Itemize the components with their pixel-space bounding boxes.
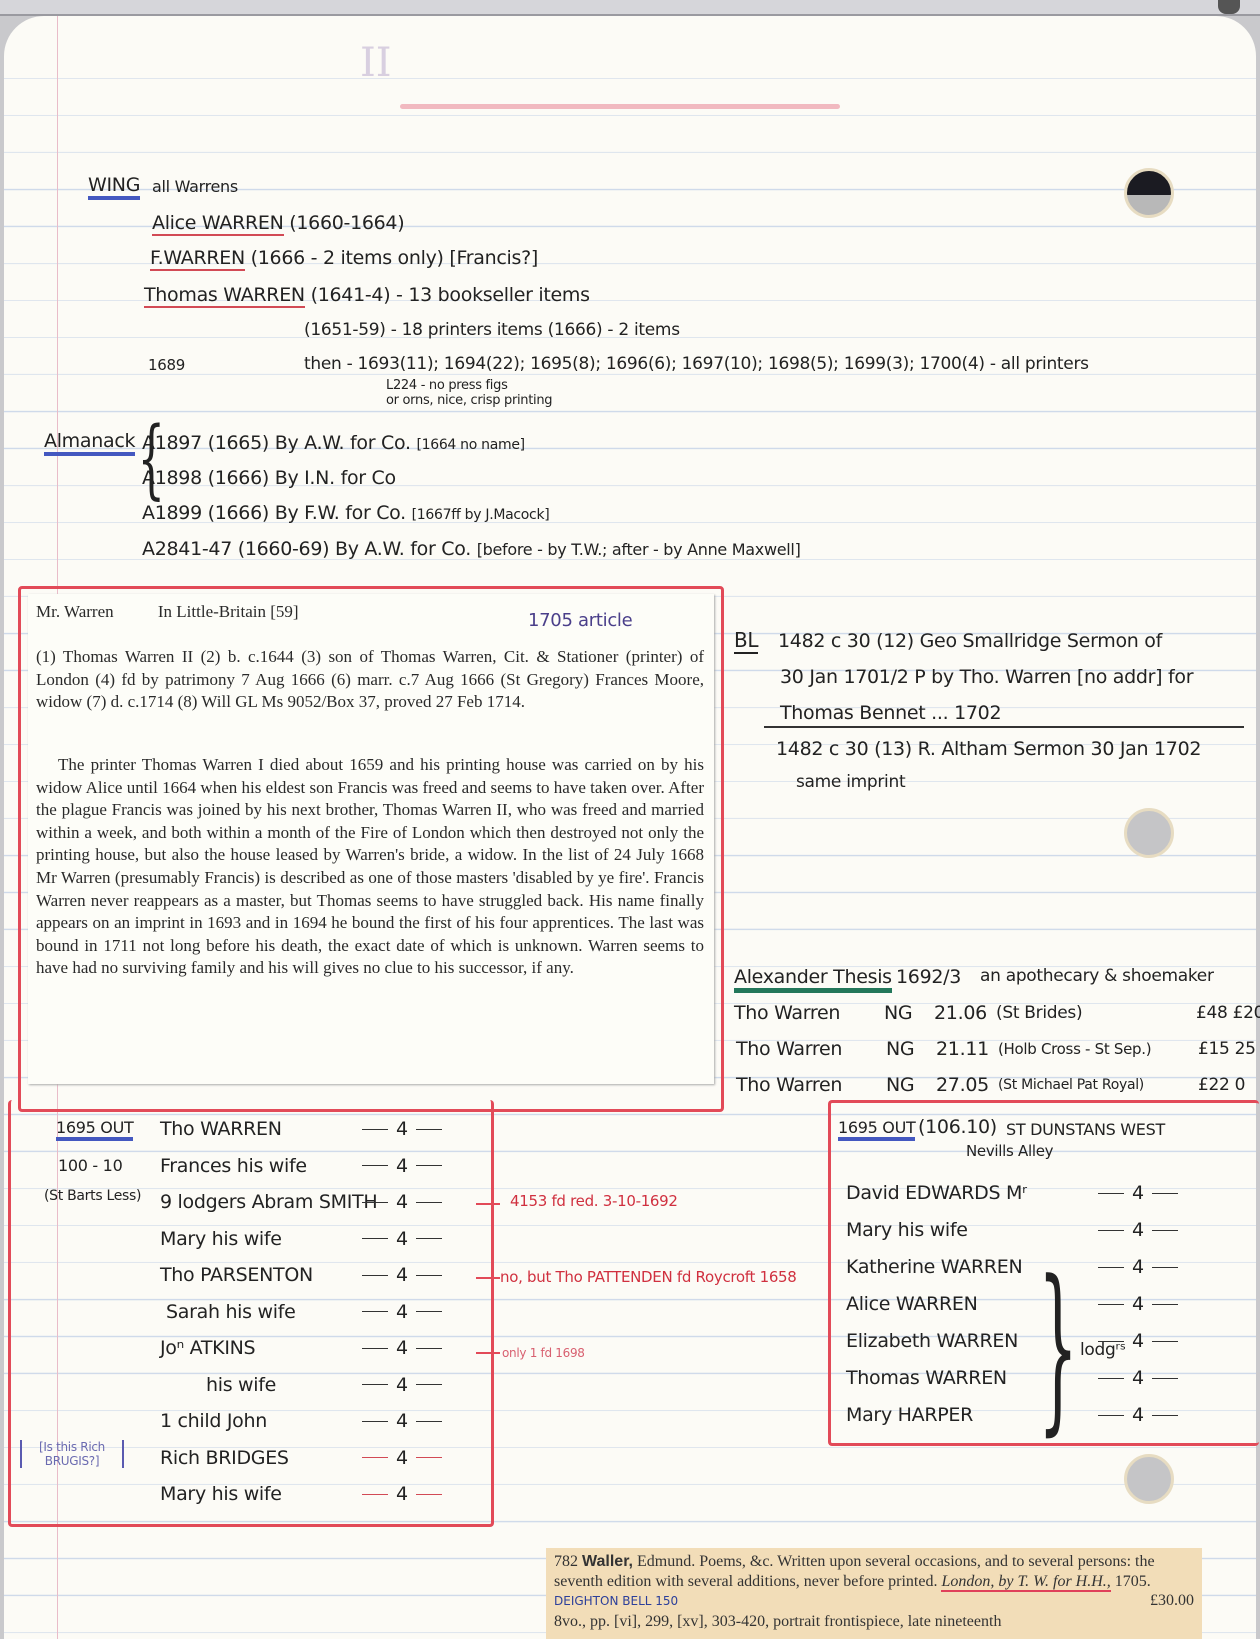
row-name: Alice WARREN (846, 1293, 978, 1315)
row-name: his wife (206, 1374, 276, 1396)
bl-line: 1482 c 30 (13) R. Altham Sermon 30 Jan 1… (776, 738, 1201, 760)
row-name: Mary his wife (846, 1219, 968, 1241)
row-value: 4 (354, 1155, 450, 1177)
row-name: Frances his wife (160, 1155, 307, 1177)
margin-scribble: 1689 (148, 356, 185, 374)
list-row: Tho WARREN (160, 1118, 282, 1140)
row-value: 4 (354, 1118, 450, 1140)
count: 4 (396, 1264, 408, 1286)
wing-entry: Thomas WARREN (1641-4) - 13 bookseller i… (144, 284, 590, 306)
count: 4 (396, 1118, 408, 1140)
count: 4 (1132, 1256, 1144, 1278)
note-tick (476, 1277, 500, 1279)
row-name: David EDWARDS Mʳ (846, 1182, 1027, 1204)
row-name: Katherine WARREN (846, 1256, 1022, 1278)
count: 4 (396, 1228, 408, 1250)
row-value: 4 (1090, 1293, 1186, 1315)
list-row: 1 child John (160, 1410, 267, 1432)
list-row: Thomas WARREN (846, 1367, 1007, 1389)
row-name: Thomas WARREN (846, 1367, 1007, 1389)
row-value: 4 (354, 1410, 450, 1432)
auction-catalogue-clipping: 782 Waller, Edmund. Poems, &c. Written u… (546, 1548, 1202, 1639)
bl-line: 30 Jan 1701/2 P by Tho. Warren [no addr]… (780, 666, 1193, 688)
count: 4 (1132, 1330, 1144, 1352)
thesis-note: an apothecary & shoemaker (980, 966, 1214, 986)
row-name: Rich BRIDGES (160, 1447, 289, 1469)
bl-line: same imprint (796, 772, 905, 792)
row-value: 4 (354, 1301, 450, 1323)
right-list-amount: (106.10) (918, 1116, 997, 1138)
list-row: his wife (206, 1374, 276, 1396)
count: 4 (396, 1301, 408, 1323)
row-value: 4 (354, 1447, 450, 1469)
row-value: 4 (354, 1337, 450, 1359)
row-value: 4 (1090, 1256, 1186, 1278)
count: 4 (396, 1447, 408, 1469)
list-row: Mary his wife (160, 1483, 282, 1505)
row-value: 4 (1090, 1367, 1186, 1389)
list-row: Mary HARPER (846, 1404, 973, 1426)
right-list-street: Nevills Alley (966, 1142, 1053, 1160)
clipping-paragraph: The printer Thomas Warren I died about 1… (36, 754, 704, 980)
left-list-heading: 1695 OUT (56, 1118, 133, 1141)
thesis-title: Alexander Thesis (734, 966, 892, 993)
row-value: 4 (1090, 1182, 1186, 1204)
note-tick (476, 1203, 500, 1205)
red-note: only 1 fd 1698 (502, 1346, 585, 1360)
count: 4 (396, 1483, 408, 1505)
count: 4 (396, 1374, 408, 1396)
list-row: 9 lodgers Abram SMITH (160, 1191, 377, 1213)
almanack-entry: A1897 (1665) By A.W. for Co. [1664 no na… (142, 432, 525, 454)
thesis-row: Tho Warren NG 21.06 (St Brides) £48 £200 (734, 1002, 1260, 1024)
thesis-row: Tho Warren NG 21.11 (Holb Cross - St Sep… (736, 1038, 1256, 1060)
row-name: Mary his wife (160, 1483, 282, 1505)
list-row: Tho PARSENTON (160, 1264, 313, 1286)
wing-subtitle: all Warrens (152, 177, 238, 196)
list-row: Mary his wife (846, 1219, 968, 1241)
red-note: no, but Tho PATTENDEN fd Roycroft 1658 (500, 1268, 797, 1286)
thesis-year: 1692/3 (896, 966, 961, 988)
count: 4 (396, 1337, 408, 1359)
wing-label: WING (88, 174, 140, 200)
then-line: then - 1693(11); 1694(22); 1695(8); 1696… (304, 354, 1089, 374)
row-name: Mary HARPER (846, 1404, 973, 1426)
count: 4 (396, 1155, 408, 1177)
row-value: 4 (354, 1483, 450, 1505)
brace-icon: } (1038, 1258, 1078, 1438)
list-row: David EDWARDS Mʳ (846, 1182, 1027, 1204)
list-row: Rich BRIDGES (160, 1447, 289, 1469)
list-row: Mary his wife (160, 1228, 282, 1250)
binder-top-edge (0, 0, 1260, 16)
divider (764, 726, 1244, 728)
printers-line: (1651-59) - 18 printers items (1666) - 2… (304, 320, 680, 340)
row-value: 4 (354, 1374, 450, 1396)
thesis-row: Tho Warren NG 27.05 (St Michael Pat Roya… (736, 1074, 1245, 1096)
right-list-parish: ST DUNSTANS WEST (1006, 1120, 1165, 1139)
binder-clip (1218, 0, 1240, 14)
brace-icon: { (138, 416, 165, 502)
ghost-underline (400, 104, 840, 109)
punch-hole-icon (1124, 808, 1174, 858)
row-name: 1 child John (160, 1410, 267, 1432)
clipping-annotation: 1705 article (528, 610, 632, 631)
almanack-label: Almanack (44, 430, 135, 456)
row-name: Joⁿ ATKINS (160, 1337, 255, 1359)
row-value: 4 (354, 1191, 450, 1213)
printed-clipping: Mr. Warren In Little-Britain [59] (1) Th… (28, 594, 714, 1084)
wing-entry: Alice WARREN (1660-1664) (152, 212, 404, 234)
row-name: Mary his wife (160, 1228, 282, 1250)
row-value: 4 (1090, 1219, 1186, 1241)
punch-hole-icon (1124, 168, 1174, 218)
bl-line: 1482 c 30 (12) Geo Smallridge Sermon of (778, 630, 1162, 652)
wing-note: or orns, nice, crisp printing (386, 393, 552, 408)
wing-entry: F.WARREN (1666 - 2 items only) [Francis?… (150, 247, 538, 269)
row-value: 4 (1090, 1404, 1186, 1426)
bl-label: BL (734, 628, 758, 654)
ghost-heading: II (360, 40, 392, 86)
wing-note: L224 - no press figs (386, 378, 508, 393)
left-list-sub: (St Barts Less) (44, 1188, 141, 1204)
note-tick (476, 1352, 500, 1354)
row-name: 9 lodgers Abram SMITH (160, 1191, 377, 1213)
count: 4 (1132, 1182, 1144, 1204)
row-name: Tho PARSENTON (160, 1264, 313, 1286)
left-list-sub: 100 - 10 (58, 1156, 122, 1175)
count: 4 (396, 1410, 408, 1432)
list-row: Joⁿ ATKINS (160, 1337, 255, 1359)
count: 4 (396, 1191, 408, 1213)
bl-line: Thomas Bennet ... 1702 (780, 702, 1001, 724)
clipping-header: Mr. Warren In Little-Britain [59] (36, 602, 299, 622)
side-note: [Is this Rich BRUGIS?] (20, 1440, 124, 1468)
count: 4 (1132, 1404, 1144, 1426)
list-row: Frances his wife (160, 1155, 307, 1177)
list-row: Elizabeth WARREN (846, 1330, 1018, 1352)
punch-hole-icon (1124, 1454, 1174, 1504)
count: 4 (1132, 1367, 1144, 1389)
almanack-entry: A1898 (1666) By I.N. for Co (142, 467, 396, 489)
list-row: Alice WARREN (846, 1293, 978, 1315)
list-row: Katherine WARREN (846, 1256, 1022, 1278)
count: 4 (1132, 1219, 1144, 1241)
almanack-entry: A1899 (1666) By F.W. for Co. [1667ff by … (142, 502, 549, 524)
almanack-entry: A2841-47 (1660-69) By A.W. for Co. [befo… (142, 538, 801, 560)
red-note: 4153 fd red. 3-10-1692 (510, 1192, 678, 1210)
count: 4 (1132, 1293, 1144, 1315)
list-row: Sarah his wife (166, 1301, 296, 1323)
row-value: 4 (354, 1264, 450, 1286)
clipping-paragraph: (1) Thomas Warren II (2) b. c.1644 (3) s… (36, 646, 704, 714)
row-value: 4 (354, 1228, 450, 1250)
row-name: Tho WARREN (160, 1118, 282, 1140)
right-list-heading: 1695 OUT (838, 1118, 915, 1141)
row-value: 4 (1090, 1330, 1186, 1352)
row-name: Elizabeth WARREN (846, 1330, 1018, 1352)
row-name: Sarah his wife (166, 1301, 296, 1323)
